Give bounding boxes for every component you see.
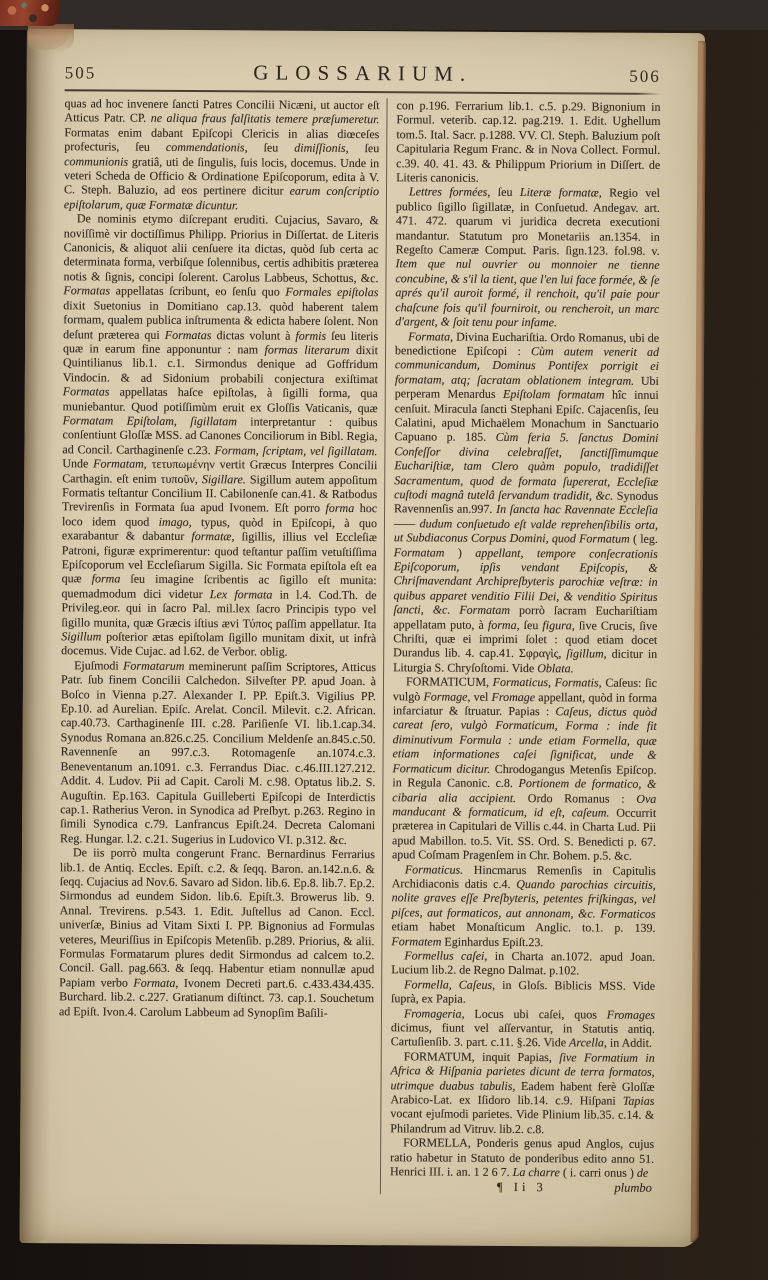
- paragraph: FORMELLA, Ponderis genus apud Anglos, cu…: [390, 1135, 654, 1180]
- paragraph: quas ad hoc invenere ſancti Patres Conci…: [64, 96, 380, 213]
- page-title: GLOSSARIUM.: [135, 60, 591, 88]
- paragraph: FORMATUM, inquit Papias, ſive Formatium …: [390, 1049, 655, 1137]
- book-cover-corner: [0, 0, 60, 26]
- book-page: 505 GLOSSARIUM. 506 quas ad hoc invenere…: [20, 29, 705, 1247]
- page-content: 505 GLOSSARIUM. 506 quas ad hoc invenere…: [58, 59, 661, 1213]
- signature-line: ¶ Ii 3plumbo: [390, 1180, 654, 1196]
- signature-mark: ¶ Ii 3: [497, 1180, 547, 1194]
- paragraph: Formaticus. Hincmarus Remenſis in Capitu…: [391, 862, 656, 950]
- right-column: con p.196. Ferrarium lib.1. c.5. p.29. B…: [380, 98, 661, 1196]
- header-rule: [65, 89, 661, 95]
- paragraph: con p.196. Ferrarium lib.1. c.5. p.29. B…: [396, 98, 661, 186]
- page-number-left: 505: [65, 63, 135, 83]
- paragraph: De iis porrò multa congerunt Franc. Bern…: [59, 845, 375, 1020]
- book-top-shadow: [0, 0, 768, 30]
- text-columns: quas ad hoc invenere ſancti Patres Conci…: [58, 96, 661, 1208]
- paragraph: Ejuſmodi Formatarum meminerunt paſſim Sc…: [60, 658, 376, 847]
- paragraph: Formellus caſei, in Charta an.1072. apud…: [391, 948, 655, 978]
- page-edge: [691, 41, 706, 1242]
- paragraph: Fromageria, Locus ubi caſei, quos Fromag…: [391, 1006, 655, 1051]
- binding-highlight: [28, 24, 74, 54]
- paragraph: Lettres formées, ſeu Literæ formatæ, Reg…: [395, 185, 660, 331]
- catchword: plumbo: [614, 1181, 652, 1196]
- page-header: 505 GLOSSARIUM. 506: [65, 59, 661, 88]
- page-number-right: 506: [591, 66, 661, 86]
- left-column: quas ad hoc invenere ſancti Patres Conci…: [59, 96, 387, 1020]
- paragraph: Formata, Divina Euchariſtia. Ordo Romanu…: [393, 329, 659, 676]
- paragraph: De nominis etymo diſcrepant eruditi. Cuj…: [61, 211, 379, 660]
- paragraph: Formella, Caſeus, in Gloſs. Biblicis MSS…: [391, 977, 655, 1007]
- paragraph: FORMATICUM, Formaticus, Formatis, Caſeus…: [392, 674, 657, 863]
- photo-background: 505 GLOSSARIUM. 506 quas ad hoc invenere…: [0, 0, 768, 1280]
